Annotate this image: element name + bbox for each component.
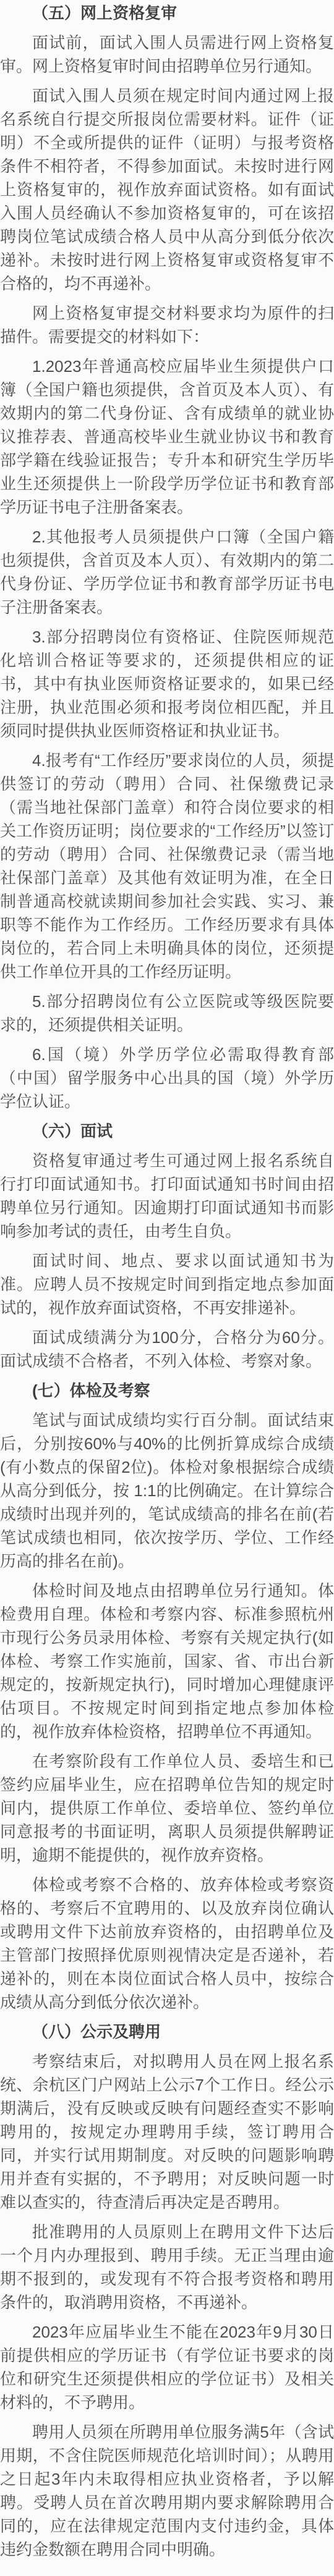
paragraph: 3.部分招聘岗位有资格证、住院医师规范化培训合格证等要求的，还须提供相应的证书，…: [0, 625, 334, 743]
paragraph: 4.报考有“工作经历”要求岗位的人员，须提供签订的劳动（聘用）合同、社保缴费记录…: [0, 749, 334, 983]
paragraph: 6.国（境）外学历学位必需取得教育部（中国）留学服务中心出具的国（境）外学历学位…: [0, 1043, 334, 1113]
paragraph: 2023年应届毕业生不能在2023年9月30日前提供相应的学历证书（有学位证书要…: [0, 2320, 334, 2414]
paragraph: 资格复审通过考生可通过网上报名系统自行打印面试通知书。打印面试通知书时间由招聘单…: [0, 1149, 334, 1243]
paragraph: 面试时间、地点、要求以面试通知书为准。应聘人员不按规定时间到指定地点参加面试的，…: [0, 1249, 334, 1320]
section-publicity-and-employment: （八）公示及聘用 考察结束后，对拟聘用人员在网上报名系统、余杭区门户网站上公示7…: [0, 2020, 334, 2561]
paragraph: 2.其他报考人员须提供户口簿（全国户籍也须提供，含首页及本人页）、有效期内的第二…: [0, 525, 334, 619]
section-online-requalification: （五）网上资格复审 面试前，面试入围人员需进行网上资格复审。网上资格复审时间由招…: [0, 1, 334, 1113]
paragraph: 批准聘用的人员原则上在聘用文件下达后一个月内办理报到、聘用手续。无正当理由逾期不…: [0, 2220, 334, 2314]
paragraph: 体检时间及地点由招聘单位另行通知。体检费用自理。体检和考察内容、标准参照杭州市现…: [0, 1579, 334, 1743]
paragraph: 聘用人员须在所聘用单位服务满5年（含试用期，不含住院医师规范化培训时间）；从聘用…: [0, 2420, 334, 2561]
paragraph: 面试入围人员须在规定时间内通过网上报名系统自行提交所报岗位需要材料。证件（证明）…: [0, 84, 334, 295]
paragraph: 面试成绩满分为100分，合格分为60分。面试成绩不合格者，不列入体检、考察对象。: [0, 1326, 334, 1373]
paragraph: 在考察阶段有工作单位人员、委培生和已签约应届毕业生，应在招聘单位告知的规定时间内…: [0, 1749, 334, 1867]
paragraph: 考察结束后，对拟聘用人员在网上报名系统、余杭区门户网站上公示7个工作日。经公示期…: [0, 2050, 334, 2214]
paragraph: 1.2023年普通高校应届毕业生须提供户口簿（全国户籍也须提供，含首页及本人页）…: [0, 355, 334, 519]
section-heading: （六）面试: [0, 1119, 334, 1143]
section-heading: (七）体检及考察: [0, 1379, 334, 1402]
section-physical-exam-and-inspection: (七）体检及考察 笔试与面试成绩均实行百分制。面试结束后，分别按60%与40%的…: [0, 1379, 334, 2014]
paragraph: 网上资格复审提交材料要求均为原件的扫描件。需要提交的材料如下：: [0, 301, 334, 348]
paragraph: 面试前，面试入围人员需进行网上资格复审。网上资格复审时间由招聘单位另行通知。: [0, 31, 334, 78]
section-interview: （六）面试 资格复审通过考生可通过网上报名系统自行打印面试通知书。打印面试通知书…: [0, 1119, 334, 1373]
paragraph: 笔试与面试成绩均实行百分制。面试结束后，分别按60%与40%的比例折算成综合成绩…: [0, 1408, 334, 1573]
section-heading: （八）公示及聘用: [0, 2020, 334, 2044]
section-heading: （五）网上资格复审: [0, 1, 334, 25]
paragraph: 5.部分招聘岗位有公立医院或等级医院要求的，还须提供相关证明。: [0, 990, 334, 1037]
recruitment-notice-document: （五）网上资格复审 面试前，面试入围人员需进行网上资格复审。网上资格复审时间由招…: [0, 0, 334, 2576]
paragraph: 体检或考察不合格的、放弃体检或考察资格的、考察后不宜聘用的、以及放弃岗位确认或聘…: [0, 1873, 334, 2014]
